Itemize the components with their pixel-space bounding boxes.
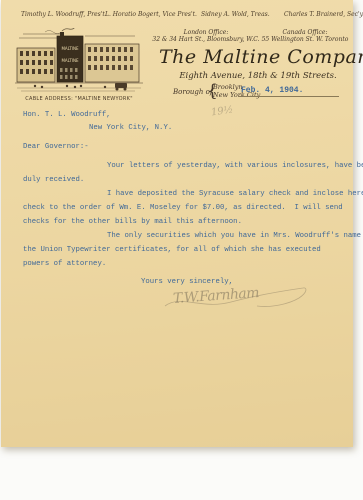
recipient-line1: Hon. T. L. Woodruff, [23,111,111,119]
body-line: the Union Typewriter certificates, for a… [23,243,345,257]
signature-flourish [161,284,311,314]
cable-address-caption: CABLE ADDRESS: "MALTINE NEWYORK" [15,96,143,102]
body-line: duly received. [23,173,345,187]
salutation: Dear Governor:- [23,143,89,151]
company-address: Eighth Avenue, 18th & 19th Streets. [159,71,357,81]
canada-office-address: 55 Wellington St. W. Toronto [255,36,355,43]
date-field: Feb. 4, 1904. [239,86,339,97]
building-sign-text: MALTINE [61,46,78,51]
letter-body: Your letters of yesterday, with various … [23,159,345,271]
factory-engraving: MALTINE MALTINE [15,28,143,94]
officer-vice-president: L. Horatio Bogert, Vice Pres't. [105,11,197,18]
officer-treasurer: Sidney A. Wold, Treas. [201,11,270,18]
recipient-line2: New York City, N.Y. [89,124,172,132]
body-line: I have deposited the Syracuse salary che… [23,187,345,201]
body-line: check to the order of Wm. E. Moseley for… [23,201,345,215]
london-office-label: London Office: [147,29,265,36]
letter-paper: Timothy L. Woodruff, Pres't. L. Horatio … [1,0,353,447]
officer-secretary: Charles T. Brainerd, Sec'y. [284,11,363,18]
london-office: London Office: 32 & 34 Hart St., Bloomsb… [147,29,265,43]
body-line: The only securities which you have in Mr… [23,229,345,243]
london-office-address: 32 & 34 Hart St., Bloomsbury, W.C. [147,36,265,43]
canada-office: Canada Office: 55 Wellington St. W. Toro… [255,29,355,43]
body-line: powers of attorney. [23,257,345,271]
svg-text:MALTINE: MALTINE [61,58,78,63]
canada-office-label: Canada Office: [255,29,355,36]
body-line: checks for the other bills by mail this … [23,215,345,229]
officer-president: Timothy L. Woodruff, Pres't. [21,11,107,18]
pencil-notation: 19½ [210,104,234,118]
company-name: The Maltine Company, [159,46,357,68]
body-line: Your letters of yesterday, with various … [23,159,345,173]
